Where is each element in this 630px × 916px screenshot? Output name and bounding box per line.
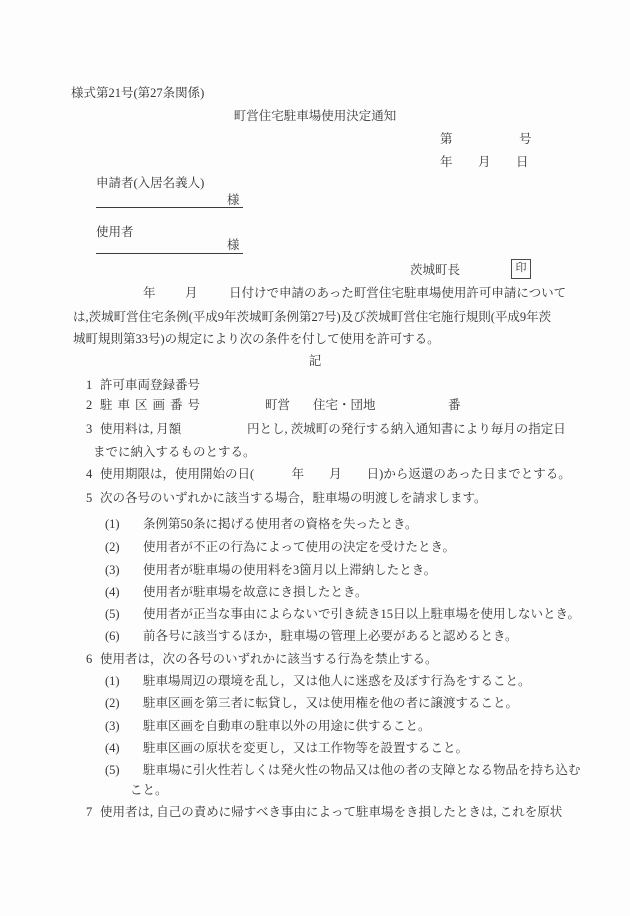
item4-text: 使用期限は，使用開始の日( 年 月 日)から返還のあった日までとする。: [100, 467, 571, 482]
item6-sub2-text: 駐車区画を第三者に転貸し，又は使用権を他の者に譲渡すること。: [143, 696, 518, 711]
item5-sub1-number: (1): [105, 517, 120, 532]
item1-text: 許可車両登録番号: [100, 378, 200, 393]
applicant-honorific: 様: [227, 193, 240, 208]
intro-year: 年: [143, 286, 156, 301]
item5-sub3-text: 使用者が駐車場の使用料を3箇月以上滞納したとき。: [143, 563, 436, 578]
form-number: 様式第21号(第27条関係): [71, 86, 204, 101]
item5-sub4-text: 使用者が駐車場を故意にき損したとき。: [143, 585, 368, 600]
intro-line2: は,茨城町営住宅条例(平成9年茨城町条例第27号)及び茨城町営住宅施行規則(平成…: [73, 310, 551, 325]
intro-line3: 城町規則第33号)の規定により次の条件を付して使用を許可する。: [73, 332, 440, 347]
item7-number: 7: [86, 805, 92, 820]
item4-number: 4: [86, 467, 92, 482]
applicant-label: 申請者(入居名義人): [96, 176, 204, 191]
item3-number: 3: [86, 422, 92, 437]
document-page: 様式第21号(第27条関係) 町営住宅駐車場使用決定通知 第 号 年 月 日 申…: [0, 0, 630, 916]
intro-line1: 日付けで申請のあった町営住宅駐車場使用許可申請について: [229, 286, 566, 301]
page-title: 町営住宅駐車場使用決定通知: [0, 109, 630, 124]
applicant-name-blank: [96, 190, 243, 208]
date-day-label: 日: [516, 155, 529, 170]
item6-sub5-continuation: こと。: [130, 783, 168, 798]
item2-number: 2: [86, 398, 92, 413]
item6-sub5-text: 駐車場に引火性若しくは発火性の物品又は他の者の支障となる物品を持ち込む: [143, 763, 581, 778]
item6-sub3-number: (3): [105, 719, 120, 734]
item5-sub6-text: 前各号に該当するほか，駐車場の管理上必要があると認めるとき。: [143, 629, 518, 644]
date-month-label: 月: [478, 155, 491, 170]
user-name-blank: [96, 236, 243, 254]
item1-number: 1: [86, 378, 92, 393]
item5-sub4-number: (4): [105, 585, 120, 600]
item5-sub2-text: 使用者が不正の行為によって使用の決定を受けたとき。: [143, 540, 455, 555]
ki-heading: 記: [0, 354, 630, 369]
item6-sub1-number: (1): [105, 674, 120, 689]
doc-number-prefix: 第: [440, 132, 453, 147]
item5-sub3-number: (3): [105, 563, 120, 578]
item6-sub3-text: 駐車区画を自動車の駐車以外の用途に供すること。: [143, 719, 431, 734]
item7-text: 使用者は, 自己の責めに帰すべき事由によって駐車場をき損したときは, これを原状: [100, 805, 562, 820]
item5-sub5-text: 使用者が正当な事由によらないで引き続き15日以上駐車場を使用しないとき。: [143, 607, 580, 622]
item5-sub2-number: (2): [105, 540, 120, 555]
item3-text-seg2: 円とし, 茨城町の発行する納入通知書により毎月の指定日: [247, 422, 566, 437]
item3-continuation: までに納入するものとする。: [93, 445, 256, 460]
date-year-label: 年: [440, 155, 453, 170]
seal-mark: 印: [511, 259, 531, 279]
doc-number-suffix: 号: [519, 132, 532, 147]
item5-text: 次の各号のいずれかに該当する場合，駐車場の明渡しを請求します。: [100, 491, 487, 506]
user-honorific: 様: [227, 238, 240, 253]
mayor-name: 茨城町長: [410, 263, 460, 278]
item2-field-jutaku-danchi: 住宅・団地: [313, 398, 376, 413]
item5-number: 5: [86, 491, 92, 506]
item6-sub4-text: 駐車区画の原状を変更し，又は工作物等を設置すること。: [143, 741, 468, 756]
item2-label: 駐車区画番号: [100, 398, 205, 413]
item6-number: 6: [86, 652, 92, 667]
intro-month: 月: [185, 286, 198, 301]
item5-sub6-number: (6): [105, 629, 120, 644]
item5-sub1-text: 条例第50条に掲げる使用者の資格を失ったとき。: [143, 517, 418, 532]
item5-sub5-number: (5): [105, 607, 120, 622]
item6-text: 使用者は，次の各号のいずれかに該当する行為を禁止する。: [100, 652, 438, 667]
item6-sub4-number: (4): [105, 741, 120, 756]
item6-sub1-text: 駐車場周辺の環境を乱し，又は他人に迷惑を及ぼす行為をすること。: [143, 674, 531, 689]
item3-text-seg1: 使用料は, 月額: [100, 422, 181, 437]
item2-field-choei: 町営: [265, 398, 290, 413]
item6-sub5-number: (5): [105, 763, 120, 778]
item2-field-ban: 番: [448, 398, 461, 413]
item6-sub2-number: (2): [105, 696, 120, 711]
